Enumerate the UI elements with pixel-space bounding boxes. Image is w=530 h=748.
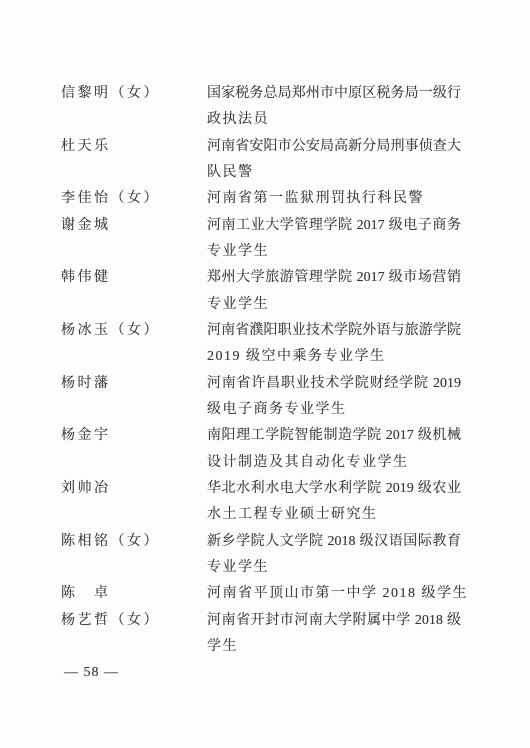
description-line: 政执法员 — [207, 107, 461, 133]
person-description: 国家税务总局郑州市中原区税务局一级行政执法员 — [207, 81, 461, 134]
description-line: 河南省开封市河南大学附属中学 2018 级 — [207, 608, 461, 634]
description-line: 队民警 — [207, 160, 461, 186]
list-item: 杜天乐河南省安阳市公安局高新分局刑事侦查大队民警 — [0, 134, 530, 187]
description-line: 河南省平顶山市第一中学 2018 级学生 — [207, 581, 461, 607]
description-line: 国家税务总局郑州市中原区税务局一级行 — [207, 81, 461, 107]
description-line: 设计制造及其自动化专业学生 — [207, 450, 461, 476]
person-name: 杨时藩 — [61, 371, 207, 397]
list-item: 刘帅冶华北水利水电大学水利学院 2019 级农业水土工程专业硕士研究生 — [0, 476, 530, 529]
document-page: 信黎明（女）国家税务总局郑州市中原区税务局一级行政执法员杜天乐河南省安阳市公安局… — [0, 0, 530, 748]
person-description: 河南省平顶山市第一中学 2018 级学生 — [207, 581, 461, 607]
description-line: 河南省第一监狱刑罚执行科民警 — [207, 186, 461, 212]
person-name: 杨艺哲（女） — [61, 608, 207, 634]
description-line: 专业学生 — [207, 555, 461, 581]
person-description: 河南工业大学管理学院 2017 级电子商务专业学生 — [207, 213, 461, 266]
list-item: 李佳怡（女）河南省第一监狱刑罚执行科民警 — [0, 186, 530, 212]
person-name: 杜天乐 — [61, 134, 207, 160]
description-line: 河南工业大学管理学院 2017 级电子商务 — [207, 213, 461, 239]
description-line: 专业学生 — [207, 292, 461, 318]
person-name: 韩伟健 — [61, 265, 207, 291]
person-description: 河南省濮阳职业技术学院外语与旅游学院2019 级空中乘务专业学生 — [207, 318, 461, 371]
list-item: 陈 卓河南省平顶山市第一中学 2018 级学生 — [0, 581, 530, 607]
description-line: 2019 级空中乘务专业学生 — [207, 344, 461, 370]
person-description: 郑州大学旅游管理学院 2017 级市场营销专业学生 — [207, 265, 461, 318]
description-line: 新乡学院人文学院 2018 级汉语国际教育 — [207, 529, 461, 555]
list-item: 杨冰玉（女）河南省濮阳职业技术学院外语与旅游学院2019 级空中乘务专业学生 — [0, 318, 530, 371]
description-line: 级电子商务专业学生 — [207, 397, 461, 423]
person-name: 陈 卓 — [61, 581, 207, 607]
person-name: 杨金宇 — [61, 423, 207, 449]
description-line: 学生 — [207, 634, 461, 660]
person-name: 刘帅冶 — [61, 476, 207, 502]
list-item: 杨艺哲（女）河南省开封市河南大学附属中学 2018 级学生 — [0, 608, 530, 661]
description-line: 河南省许昌职业技术学院财经学院 2019 — [207, 371, 461, 397]
person-name: 陈相铭（女） — [61, 529, 207, 555]
person-description: 河南省第一监狱刑罚执行科民警 — [207, 186, 461, 212]
list-item: 杨金宇南阳理工学院智能制造学院 2017 级机械设计制造及其自动化专业学生 — [0, 423, 530, 476]
person-description: 河南省许昌职业技术学院财经学院 2019级电子商务专业学生 — [207, 371, 461, 424]
list-item: 谢金城河南工业大学管理学院 2017 级电子商务专业学生 — [0, 213, 530, 266]
person-name: 谢金城 — [61, 213, 207, 239]
list-item: 杨时藩河南省许昌职业技术学院财经学院 2019级电子商务专业学生 — [0, 371, 530, 424]
list-item: 陈相铭（女）新乡学院人文学院 2018 级汉语国际教育专业学生 — [0, 529, 530, 582]
recognition-list: 信黎明（女）国家税务总局郑州市中原区税务局一级行政执法员杜天乐河南省安阳市公安局… — [0, 81, 530, 660]
description-line: 郑州大学旅游管理学院 2017 级市场营销 — [207, 265, 461, 291]
list-item: 韩伟健郑州大学旅游管理学院 2017 级市场营销专业学生 — [0, 265, 530, 318]
person-name: 信黎明（女） — [61, 81, 207, 107]
person-description: 南阳理工学院智能制造学院 2017 级机械设计制造及其自动化专业学生 — [207, 423, 461, 476]
description-line: 南阳理工学院智能制造学院 2017 级机械 — [207, 423, 461, 449]
description-line: 水土工程专业硕士研究生 — [207, 502, 461, 528]
description-line: 河南省濮阳职业技术学院外语与旅游学院 — [207, 318, 461, 344]
page-number: — 58 — — [64, 660, 119, 686]
description-line: 专业学生 — [207, 239, 461, 265]
person-description: 新乡学院人文学院 2018 级汉语国际教育专业学生 — [207, 529, 461, 582]
person-name: 李佳怡（女） — [61, 186, 207, 212]
list-item: 信黎明（女）国家税务总局郑州市中原区税务局一级行政执法员 — [0, 81, 530, 134]
description-line: 华北水利水电大学水利学院 2019 级农业 — [207, 476, 461, 502]
person-description: 河南省安阳市公安局高新分局刑事侦查大队民警 — [207, 134, 461, 187]
description-line: 河南省安阳市公安局高新分局刑事侦查大 — [207, 134, 461, 160]
person-description: 河南省开封市河南大学附属中学 2018 级学生 — [207, 608, 461, 661]
person-description: 华北水利水电大学水利学院 2019 级农业水土工程专业硕士研究生 — [207, 476, 461, 529]
person-name: 杨冰玉（女） — [61, 318, 207, 344]
